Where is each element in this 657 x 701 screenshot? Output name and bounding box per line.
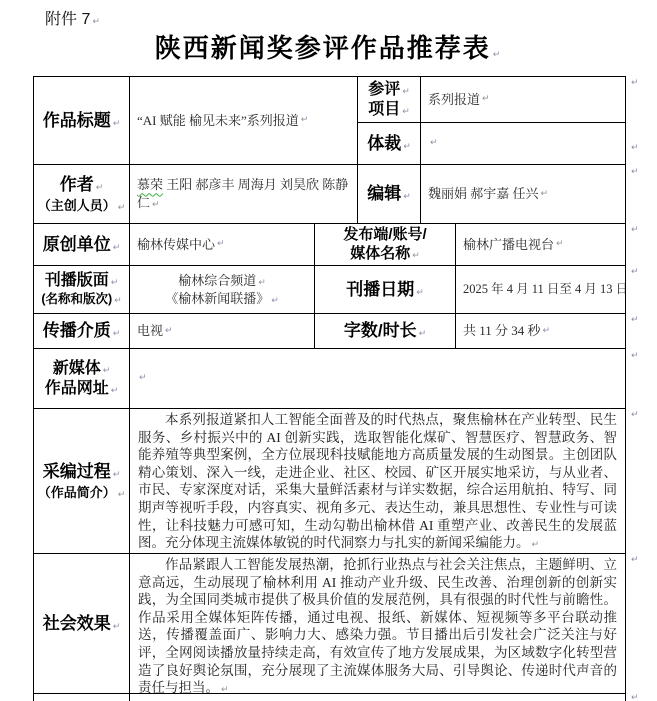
return-mark: ↵ [419, 329, 427, 339]
medium-value-text: 电视 [137, 322, 163, 340]
publish-page-label-sub: (名称和版次) [41, 292, 112, 306]
end-of-row-mark: ↵ [631, 267, 639, 277]
entry-category-value-text: 系列报道 [428, 91, 480, 109]
return-mark: ↵ [402, 87, 410, 97]
publish-date-label: 刊播日期↵ [315, 266, 456, 313]
social-effect-label-text: 社会效果 [43, 614, 111, 633]
return-mark: ↵ [113, 329, 121, 339]
publish-platform-value: 榆林广播电视台↵ [456, 224, 625, 265]
return-mark: ↵ [118, 490, 126, 500]
word-count-label-text: 字数/时长 [344, 321, 417, 340]
row-work-title: 作品标题↵ “AI 赋能 榆见未来”系列报道↵ 参评↵ 项目↵ 系列报道↵ [34, 77, 625, 165]
return-mark: ↵ [403, 192, 411, 202]
row-production-process: 采编过程↵ （作品简介）↵ 本系列报道紧扣人工智能全面普及的时代热点，聚焦榆林在… [34, 409, 625, 554]
author-label-text: 作者 [60, 175, 94, 194]
return-mark: ↵ [402, 107, 410, 117]
return-mark: ↵ [493, 50, 503, 60]
word-count-value: 共 11 分 34 秒↵ [456, 314, 625, 348]
publish-platform-value-text: 榆林广播电视台 [463, 236, 554, 254]
return-mark: ↵ [92, 17, 100, 27]
genre-value: ↵ [421, 123, 625, 164]
page-title-text: 陕西新闻奖参评作品推荐表 [155, 33, 491, 63]
production-process-label: 采编过程↵ （作品简介）↵ [34, 409, 130, 553]
entry-category-value: 系列报道↵ [421, 77, 625, 122]
work-title-label-text: 作品标题 [43, 111, 111, 130]
end-of-row-mark: ↵ [631, 225, 639, 235]
return-mark: ↵ [217, 238, 225, 250]
return-mark: ↵ [543, 325, 551, 337]
publish-platform-label: 发布端/账号/ 媒体名称↵ [315, 224, 456, 265]
publish-platform-label-line2: 媒体名称 [350, 245, 410, 262]
return-mark: ↵ [118, 203, 126, 213]
author-name-spellcheck: 慕荣 [137, 177, 163, 192]
return-mark: ↵ [556, 238, 564, 250]
production-process-label-sub: （作品简介） [38, 485, 116, 500]
partial-row-value-cell [130, 694, 625, 701]
row-author: 作者↵ （主创人员）↵ 慕荣 王阳 郝彦丰 周海月 刘昊欣 陈静仁↵ 编辑↵ 魏… [34, 165, 625, 224]
entry-category-label-line2: 项目 [368, 101, 400, 118]
row-new-media-url: 新媒体↵ 作品网址↵ ↵ [34, 349, 625, 409]
publish-page-label-text: 刊播版面 [45, 272, 109, 289]
word-count-label: 字数/时长↵ [315, 314, 456, 348]
work-title-value-text: “AI 赋能 榆见未来”系列报道 [137, 112, 299, 130]
production-process-label-text: 采编过程 [43, 462, 111, 481]
medium-label: 传播介质↵ [34, 314, 130, 348]
return-mark: ↵ [139, 372, 147, 384]
return-mark: ↵ [111, 386, 119, 396]
row-medium: 传播介质↵ 电视↵ 字数/时长↵ 共 11 分 34 秒↵ [34, 314, 625, 349]
row-entry-category: 参评↵ 项目↵ 系列报道↵ [358, 77, 625, 123]
row-genre: 体裁↵ ↵ [358, 123, 625, 164]
editor-label-text: 编辑 [367, 184, 401, 203]
return-mark: ↵ [541, 188, 549, 200]
end-of-row-mark: ↵ [631, 78, 639, 88]
return-mark: ↵ [416, 288, 424, 298]
return-mark: ↵ [113, 243, 121, 253]
social-effect-value-text: 作品紧跟人工智能发展热潮，抢抓行业热点与社会关注焦点，主题鲜明、立意高远，生动展… [138, 557, 617, 693]
return-mark: ↵ [532, 540, 540, 550]
return-mark: ↵ [221, 685, 229, 693]
publish-page-value-line1: 榆林综合频道 [178, 273, 256, 288]
new-media-url-value: ↵ [130, 349, 625, 408]
return-mark: ↵ [103, 366, 111, 376]
production-process-value: 本系列报道紧扣人工智能全面普及的时代热点，聚焦榆林在产业转型、民生服务、乡村振兴… [130, 409, 625, 553]
original-unit-value-text: 榆林传媒中心 [137, 236, 215, 254]
work-title-label: 作品标题↵ [34, 77, 130, 164]
publish-date-value-text: 2025 年 4 月 11 日至 4 月 13 日 [463, 281, 625, 298]
social-effect-label: 社会效果↵ [34, 554, 130, 693]
end-of-row-mark: ↵ [631, 351, 639, 361]
attachment-label-text: 附件 7 [45, 11, 90, 28]
end-of-row-mark: ↵ [631, 693, 639, 701]
row-original-unit: 原创单位↵ 榆林传媒中心↵ 发布端/账号/ 媒体名称↵ 榆林广播电视台↵ [34, 224, 625, 266]
publish-date-label-text: 刊播日期 [346, 280, 414, 299]
end-of-row-mark: ↵ [631, 315, 639, 325]
return-mark: ↵ [113, 119, 121, 129]
return-mark: ↵ [113, 470, 121, 480]
entry-category-label-line1: 参评 [368, 81, 400, 98]
return-mark: ↵ [301, 114, 309, 126]
original-unit-label: 原创单位↵ [34, 224, 130, 265]
publish-platform-label-line1: 发布端/账号/ [343, 226, 426, 243]
publish-page-value-line2: 《榆林新闻联播》 [165, 291, 269, 306]
recommendation-table: 作品标题↵ “AI 赋能 榆见未来”系列报道↵ 参评↵ 项目↵ 系列报道↵ [33, 76, 626, 701]
publish-page-value: 榆林综合频道↵ 《榆林新闻联播》↵ [130, 266, 315, 313]
author-label: 作者↵ （主创人员）↵ [34, 165, 130, 223]
editor-value: 魏丽娟 郝宇嘉 任兴↵ [421, 165, 625, 223]
author-names-rest: 王阳 郝彦丰 周海月 刘昊欣 陈静仁 [137, 177, 348, 210]
medium-value: 电视↵ [130, 314, 315, 348]
entry-category-label: 参评↵ 项目↵ [358, 77, 421, 122]
return-mark: ↵ [412, 251, 420, 261]
author-label-sub-text: （主创人员） [38, 198, 116, 213]
medium-label-text: 传播介质 [43, 321, 111, 340]
publish-page-label: 刊播版面↵ (名称和版次)↵ [34, 266, 130, 313]
document-page: 附件 7↵ 陕西新闻奖参评作品推荐表↵ 作品标题↵ “AI 赋能 榆见未来”系列… [0, 0, 657, 701]
return-mark: ↵ [271, 296, 279, 306]
return-mark: ↵ [114, 296, 122, 306]
partial-row-label-cell [34, 694, 130, 701]
row-partial-bottom [34, 694, 625, 701]
row-social-effect: 社会效果↵ 作品紧跟人工智能发展热潮，抢抓行业热点与社会关注焦点，主题鲜明、立意… [34, 554, 625, 694]
page-title: 陕西新闻奖参评作品推荐表↵ [0, 28, 657, 65]
return-mark: ↵ [430, 137, 438, 149]
return-mark: ↵ [258, 278, 266, 288]
original-unit-value: 榆林传媒中心↵ [130, 224, 315, 265]
editor-value-text: 魏丽娟 郝宇嘉 任兴 [428, 185, 539, 203]
end-of-row-mark: ↵ [631, 555, 639, 565]
new-media-url-label: 新媒体↵ 作品网址↵ [34, 349, 130, 408]
genre-label-text: 体裁 [367, 134, 401, 153]
return-mark: ↵ [113, 622, 121, 632]
entry-category-genre-section: 参评↵ 项目↵ 系列报道↵ 体裁↵ ↵ [358, 77, 625, 164]
production-process-value-text: 本系列报道紧扣人工智能全面普及的时代热点，聚焦榆林在产业转型、民生服务、乡村振兴… [138, 412, 617, 550]
return-mark: ↵ [403, 142, 411, 152]
row-publish-page: 刊播版面↵ (名称和版次)↵ 榆林综合频道↵ 《榆林新闻联播》↵ 刊播日期↵ 2… [34, 266, 625, 314]
return-mark: ↵ [111, 278, 119, 288]
social-effect-value: 作品紧跟人工智能发展热潮，抢抓行业热点与社会关注焦点，主题鲜明、立意高远，生动展… [130, 554, 625, 693]
end-of-row-mark: ↵ [631, 410, 639, 420]
end-of-row-mark: ↵ [631, 167, 639, 177]
return-mark: ↵ [482, 93, 490, 105]
attachment-label: 附件 7↵ [45, 6, 100, 29]
word-count-value-text: 共 11 分 34 秒 [463, 322, 541, 340]
author-value: 慕荣 王阳 郝彦丰 周海月 刘昊欣 陈静仁↵ [130, 165, 358, 223]
new-media-url-label-line1: 新媒体 [53, 360, 101, 377]
new-media-url-label-line2: 作品网址 [45, 380, 109, 397]
work-title-value: “AI 赋能 榆见未来”系列报道↵ [130, 77, 358, 164]
return-mark: ↵ [165, 325, 173, 337]
end-of-row-mark: ↵ [631, 143, 639, 153]
publish-date-value: 2025 年 4 月 11 日至 4 月 13 日↵ [456, 266, 625, 313]
editor-label: 编辑↵ [358, 165, 421, 223]
return-mark: ↵ [96, 183, 104, 193]
genre-label: 体裁↵ [358, 123, 421, 164]
original-unit-label-text: 原创单位 [43, 235, 111, 254]
return-mark: ↵ [152, 200, 160, 210]
